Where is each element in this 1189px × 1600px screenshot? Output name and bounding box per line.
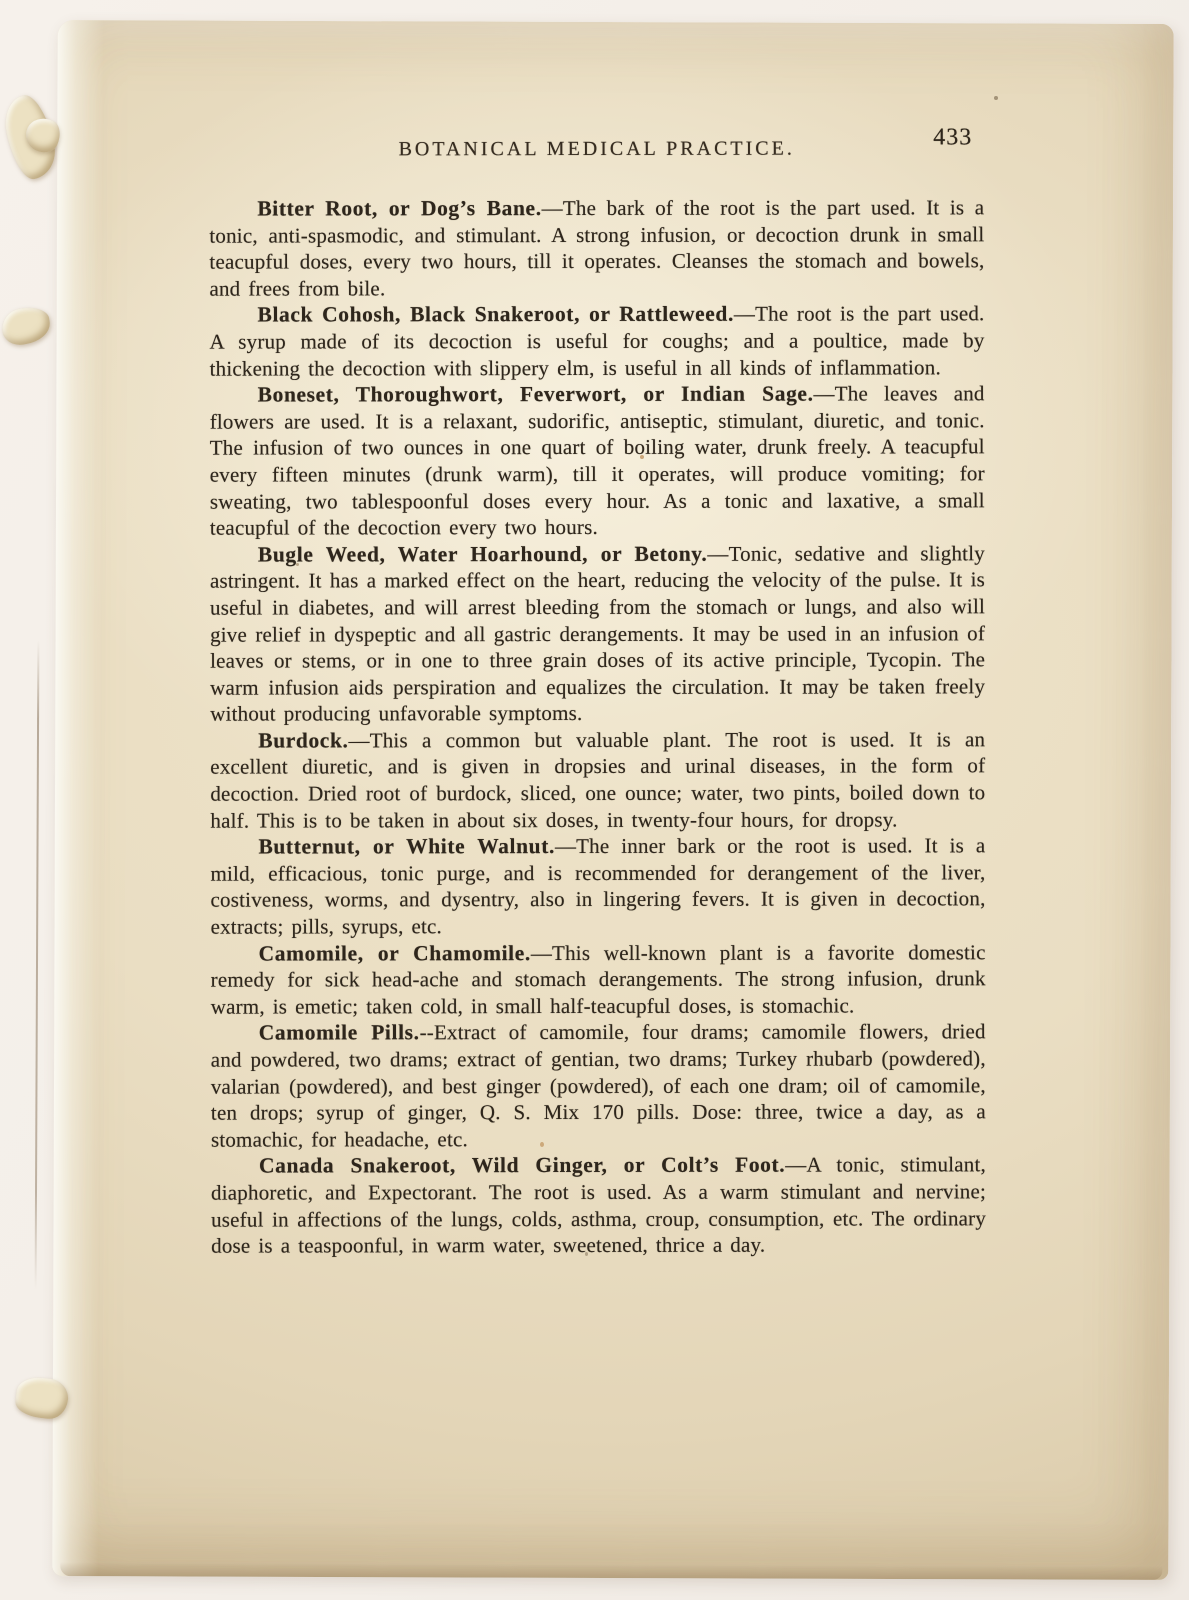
scanned-book-photo: { "running_head": "BOTANICAL MEDICAL PRA…	[0, 0, 1189, 1600]
paragraph-butternut: Butternut, or White Walnut.—The inner ba…	[210, 833, 985, 941]
paragraph-head: Camomile Pills.	[259, 1021, 420, 1045]
paragraph-head: Camomile, or Chamomile.	[259, 941, 531, 965]
paper-speck	[296, 563, 299, 566]
page-header: BOTANICAL MEDICAL PRACTICE. 433	[209, 137, 984, 168]
paragraph-head: Burdock.	[258, 728, 348, 752]
paragraph-bugle-weed: Bugle Weed, Water Hoarhound, or Betony.—…	[210, 540, 985, 728]
paragraph-burdock: Burdock.—This a common but valuable plan…	[210, 726, 985, 834]
paragraph-canada-snakeroot: Canada Snakeroot, Wild Ginger, or Colt’s…	[211, 1152, 986, 1260]
paragraph-camomile: Camomile, or Chamomile.—This well-known …	[211, 939, 986, 1020]
paragraph-black-cohosh: Black Cohosh, Black Snakeroot, or Rattle…	[209, 301, 984, 382]
paragraph-head: Bugle Weed, Water Hoarhound, or Betony.	[258, 541, 708, 566]
paper-speck	[640, 455, 644, 459]
page-number: 433	[933, 124, 972, 151]
paper-speck	[540, 1142, 544, 1147]
binding-crease-line	[35, 640, 40, 1290]
paragraph-head: Black Cohosh, Black Snakeroot, or Rattle…	[257, 302, 733, 327]
text-block: Bitter Root, or Dog’s Bane.—The bark of …	[209, 194, 986, 1259]
paragraph-camomile-pills: Camomile Pills.--Extract of camomile, fo…	[211, 1019, 986, 1153]
paragraph-head: Butternut, or White Walnut.	[258, 834, 555, 859]
binding-thread-middle	[0, 305, 52, 347]
page-content: BOTANICAL MEDICAL PRACTICE. 433 Bitter R…	[57, 19, 1175, 1260]
paragraph-head: Bitter Root, or Dog’s Bane.	[257, 196, 541, 220]
paper-speck	[585, 1252, 588, 1256]
paragraph-text: —Tonic, sedative and slightly astringent…	[210, 541, 985, 726]
paragraph-boneset: Boneset, Thoroughwort, Feverwort, or Ind…	[210, 380, 985, 541]
paragraph-bitter-root: Bitter Root, or Dog’s Bane.—The bark of …	[209, 194, 984, 302]
paper-speck	[994, 96, 998, 100]
paragraph-head: Boneset, Thoroughwort, Feverwort, or Ind…	[258, 382, 814, 407]
paragraph-head: Canada Snakeroot, Wild Ginger, or Colt’s…	[259, 1153, 785, 1178]
running-head: BOTANICAL MEDICAL PRACTICE.	[209, 137, 984, 161]
book-page: BOTANICAL MEDICAL PRACTICE. 433 Bitter R…	[52, 20, 1173, 1580]
